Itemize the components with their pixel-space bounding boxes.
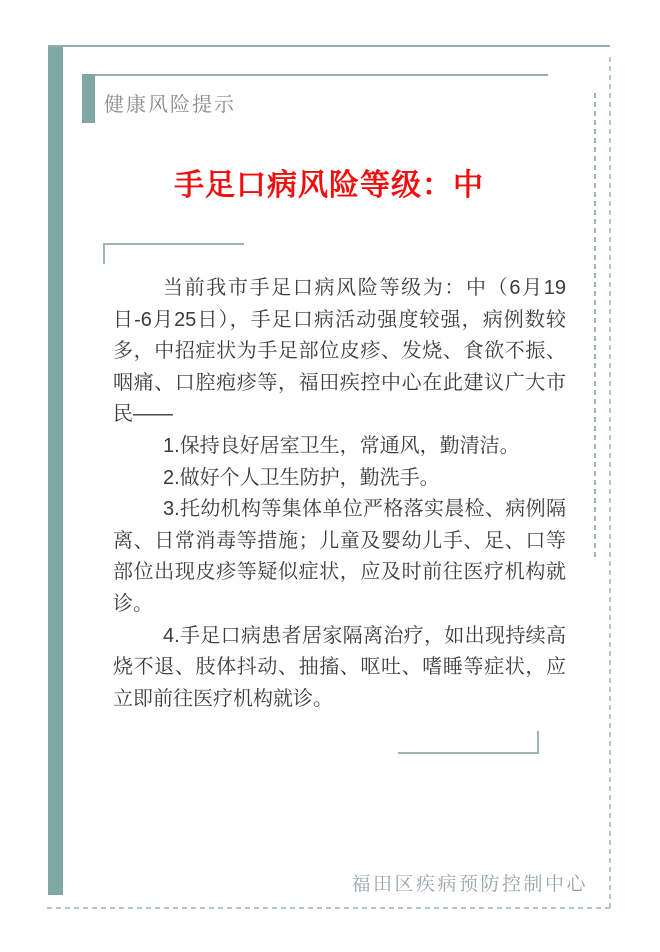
notice-page: 健康风险提示 手足口病风险等级：中 当前我市手足口病风险等级为：中（6月19日-… (0, 0, 660, 952)
corner-bracket-bottom-right (398, 731, 539, 754)
notice-body: 当前我市手足口病风险等级为：中（6月19日-6月25日），手足口病活动强度较强，… (113, 273, 566, 715)
body-paragraph: 当前我市手足口病风险等级为：中（6月19日-6月25日），手足口病活动强度较强，… (113, 273, 566, 431)
corner-bracket-top-left (103, 243, 244, 264)
top-border-line (48, 45, 610, 47)
body-paragraph: 3.托幼机构等集体单位严格落实晨检、病例隔离、日常消毒等措施；儿童及婴幼儿手、足… (113, 494, 566, 620)
section-header-label: 健康风险提示 (104, 88, 236, 117)
body-paragraph: 4.手足口病患者居家隔离治疗，如出现持续高烧不退、肢体抖动、抽搐、呕吐、嗜睡等症… (113, 621, 566, 716)
header-top-line (95, 74, 548, 76)
notice-title: 手足口病风险等级：中 (48, 160, 610, 204)
footer-signature: 福田区疾病预防控制中心 (351, 869, 588, 896)
header-accent-square (82, 74, 95, 123)
dashed-border-bottom (47, 907, 610, 909)
body-paragraph: 1.保持良好居室卫生，常通风，勤清洁。 (113, 431, 566, 463)
body-paragraph: 2.做好个人卫生防护，勤洗手。 (113, 463, 566, 495)
